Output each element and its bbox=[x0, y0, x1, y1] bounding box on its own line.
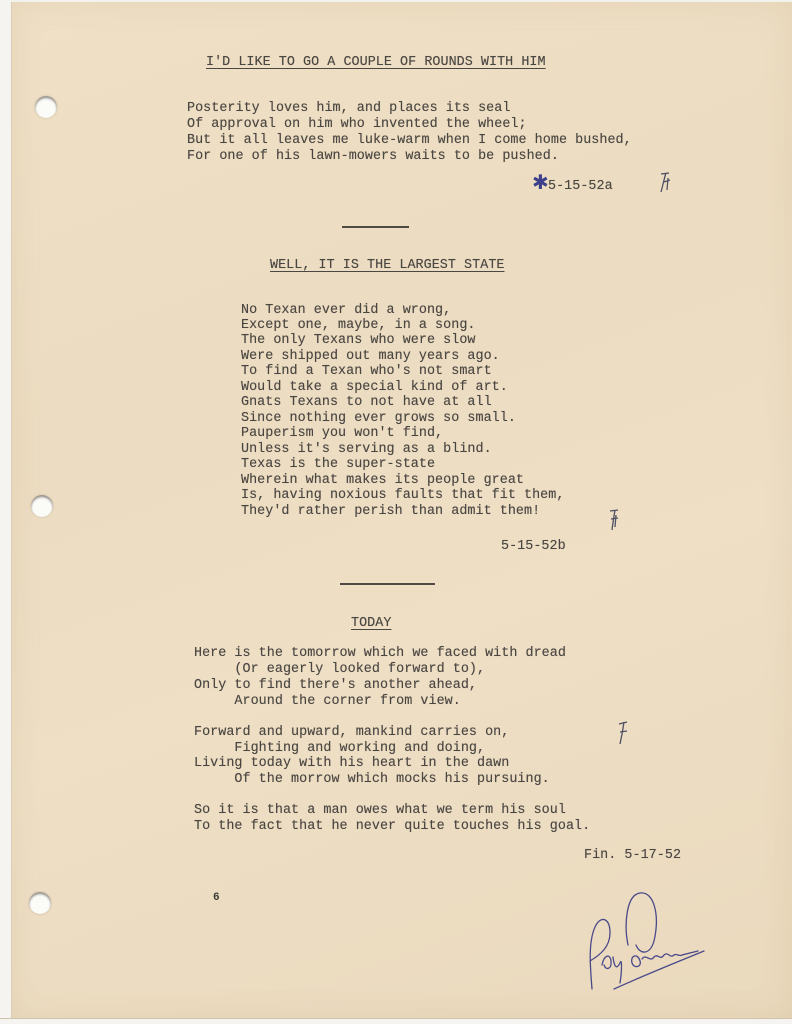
poem-line: Gnats Texans to not have at all bbox=[241, 395, 492, 411]
poem-date: 5-15-52a bbox=[548, 179, 613, 195]
section-divider bbox=[340, 583, 435, 585]
poem-date: 5-15-52b bbox=[501, 539, 566, 555]
poem-title: WELL, IT IS THE LARGEST STATE bbox=[270, 258, 505, 274]
scan-margin bbox=[0, 0, 11, 1024]
poem-line: Pauperism you won't find, bbox=[241, 426, 443, 442]
poem-line: Of the morrow which mocks his pursuing. bbox=[194, 772, 550, 788]
handwritten-mark-icon bbox=[655, 170, 675, 196]
poem-title: I'D LIKE TO GO A COUPLE OF ROUNDS WITH H… bbox=[206, 55, 546, 71]
punch-hole-bottom bbox=[29, 892, 51, 914]
poem-title: TODAY bbox=[351, 616, 391, 632]
poem-line: But it all leaves me luke-warm when I co… bbox=[187, 133, 632, 149]
poem-line: No Texan ever did a wrong, bbox=[241, 303, 451, 319]
poem-line: Here is the tomorrow which we faced with… bbox=[194, 646, 566, 662]
punch-hole-top bbox=[35, 96, 57, 118]
poem-line: Posterity loves him, and places its seal bbox=[187, 101, 510, 117]
poem-line: Fighting and working and doing, bbox=[194, 741, 485, 757]
page-number: 6 bbox=[213, 892, 220, 904]
poem-line: The only Texans who were slow bbox=[241, 333, 476, 349]
signature-icon bbox=[580, 885, 720, 1000]
asterisk-icon: ✱ bbox=[532, 170, 549, 194]
section-divider bbox=[342, 226, 409, 228]
poem-line: Would take a special kind of art. bbox=[241, 380, 508, 396]
poem-line: Living today with his heart in the dawn bbox=[194, 756, 509, 772]
scan-bottom-edge bbox=[0, 1018, 792, 1024]
poem-line: Wherein what makes its people great bbox=[241, 473, 524, 489]
poem-line: (Or eagerly looked forward to), bbox=[194, 662, 485, 678]
handwritten-mark-icon bbox=[614, 719, 632, 747]
poem-line: Unless it's serving as a blind. bbox=[241, 442, 492, 458]
poem-date: Fin. 5-17-52 bbox=[584, 848, 681, 864]
poem-line: Were shipped out many years ago. bbox=[241, 349, 500, 365]
poem-line: Since nothing ever grows so small. bbox=[241, 411, 516, 427]
poem-line: Except one, maybe, in a song. bbox=[241, 318, 476, 334]
handwritten-mark-icon bbox=[606, 507, 622, 533]
poem-line: Of approval on him who invented the whee… bbox=[187, 117, 527, 133]
poem-line: For one of his lawn-mowers waits to be p… bbox=[187, 149, 559, 165]
poem-line: Texas is the super-state bbox=[241, 457, 435, 473]
poem-line: Only to find there's another ahead, bbox=[194, 678, 477, 694]
poem-line: Forward and upward, mankind carries on, bbox=[194, 725, 509, 741]
poem-line: Is, having noxious faults that fit them, bbox=[241, 488, 564, 504]
poem-line: To find a Texan who's not smart bbox=[241, 364, 492, 380]
poem-line: They'd rather perish than admit them! bbox=[241, 504, 540, 520]
poem-line: To the fact that he never quite touches … bbox=[194, 819, 590, 835]
punch-hole-middle bbox=[31, 495, 53, 517]
poem-line: So it is that a man owes what we term hi… bbox=[194, 803, 566, 819]
poem-line: Around the corner from view. bbox=[194, 694, 461, 710]
